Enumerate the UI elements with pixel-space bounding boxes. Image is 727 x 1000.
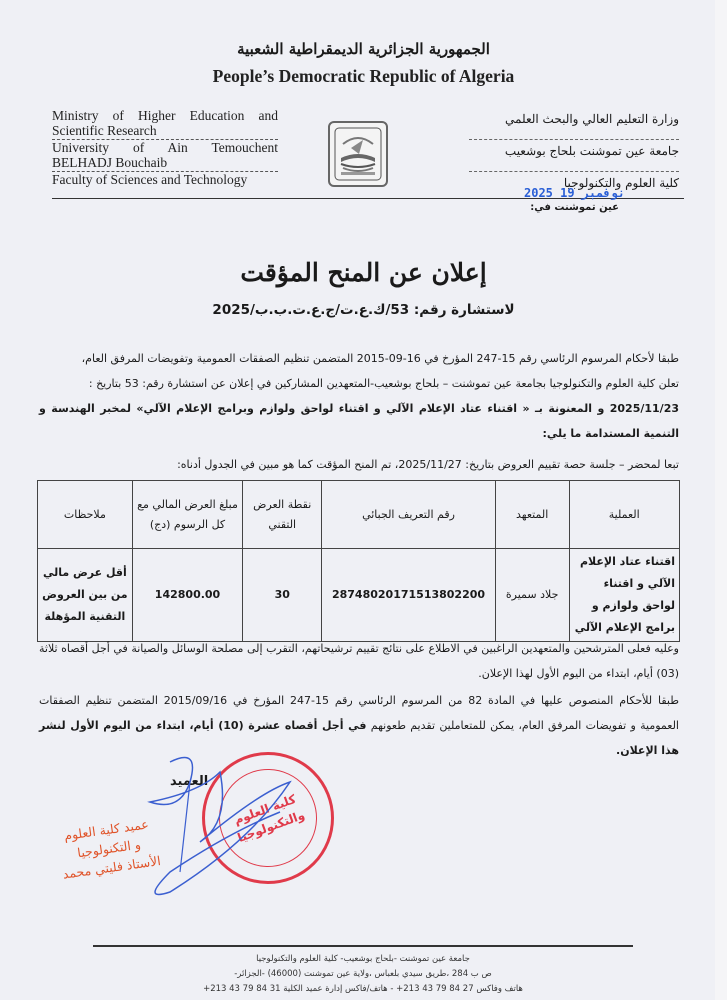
- table-header-row: العملية المتعهد رقم التعريف الجبائي نقطة…: [38, 481, 680, 549]
- handwritten-signature-icon: [110, 752, 310, 912]
- table-row: اقتناء عتاد الإعلام الآلي و اقتناء لواحق…: [38, 549, 680, 642]
- consultation-number: لاستشارة رقم: 53/ك.ع.ت/ج.ع.ت.ب.ب/2025: [0, 302, 727, 318]
- evaluation-paragraph: تبعا لمحضر – جلسة حصة تقييم العروض بتاري…: [39, 452, 679, 477]
- faculty-en: Faculty of Sciences and Technology: [52, 172, 278, 188]
- consultation-notice-paragraph: وعليه فعلى المترشحين والمتعهدين الراغبين…: [39, 636, 679, 686]
- provisional-award-table: العملية المتعهد رقم التعريف الجبائي نقطة…: [37, 480, 680, 642]
- cell-technical-score: 30: [243, 549, 322, 642]
- cell-operation: اقتناء عتاد الإعلام الآلي و اقتناء لواحق…: [569, 549, 680, 642]
- cell-financial-amount: 142800.00: [132, 549, 243, 642]
- intro-paragraph: طبقا لأحكام المرسوم الرئاسي رقم 15-247 ا…: [39, 346, 679, 446]
- document-page: الجمهورية الجزائرية الديمقراطية الشعبية …: [0, 0, 727, 1000]
- university-logo-icon: [328, 121, 388, 187]
- footer-address: جامعة عين تموشنت -بلحاج بوشعيب- كلية الع…: [93, 952, 633, 997]
- document-title: إعلان عن المنح المؤقت: [0, 258, 727, 287]
- country-name-english: People’s Democratic Republic of Algeria: [0, 66, 727, 87]
- ministry-ar: وزارة التعليم العالي والبحث العلمي: [469, 108, 679, 140]
- col-bidder: المتعهد: [495, 481, 569, 549]
- place-date-label: عين تموشنت في:: [530, 202, 619, 213]
- col-financial-amount: مبلغ العرض المالي مع كل الرسوم (دج): [132, 481, 243, 549]
- footer-divider: [93, 945, 633, 947]
- cell-remarks: أقل عرض مالي من بين العروض التقنية المؤه…: [38, 549, 133, 642]
- page-edge: [715, 0, 727, 1000]
- university-en: University of Ain Temouchent BELHADJ Bou…: [52, 140, 278, 172]
- institution-block-english: Ministry of Higher Education and Scienti…: [52, 108, 278, 188]
- col-operation: العملية: [569, 481, 680, 549]
- col-technical-score: نقطة العرض التقني: [243, 481, 322, 549]
- date-stamp: 2025 نوفمبر 19: [524, 186, 625, 200]
- ministry-en: Ministry of Higher Education and Scienti…: [52, 108, 278, 140]
- university-ar: جامعة عين تموشنت بلحاج بوشعيب: [469, 140, 679, 172]
- col-tax-id: رقم التعريف الجبائي: [322, 481, 496, 549]
- cell-bidder: جلاد سميرة: [495, 549, 569, 642]
- col-remarks: ملاحظات: [38, 481, 133, 549]
- country-name-arabic: الجمهورية الجزائرية الديمقراطية الشعبية: [0, 40, 727, 58]
- cell-tax-id: 28748020171513802200: [322, 549, 496, 642]
